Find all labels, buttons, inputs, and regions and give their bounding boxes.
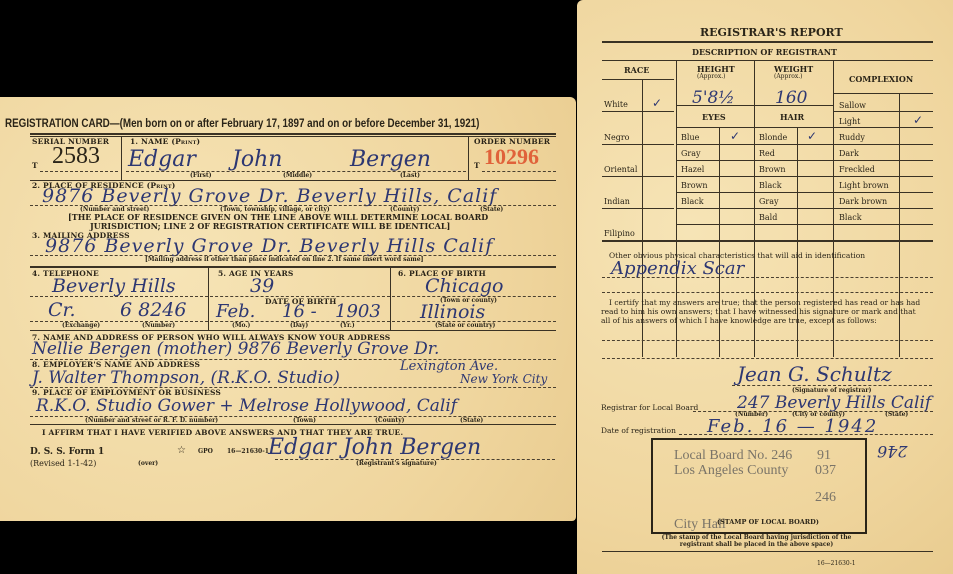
telephone-caption: (Exchange) <box>62 322 100 329</box>
hair-option: Black <box>759 181 782 190</box>
serial-line <box>40 171 118 172</box>
star-icon: ☆ <box>177 445 186 456</box>
mailing-caption: [Mailing address if other than place ind… <box>145 256 423 263</box>
certify-text: all of his answers of which I have knowl… <box>601 316 877 325</box>
complexion-option: Ruddy <box>839 133 865 142</box>
dob-caption: (Yr.) <box>340 322 355 329</box>
certify-line <box>602 340 933 341</box>
birthplace-state-caption: (State or country) <box>435 322 495 329</box>
report-title: REGISTRAR'S REPORT <box>700 26 843 39</box>
name-label: 1. NAME (Print) <box>130 137 200 146</box>
local-board-caption: (State) <box>885 411 908 418</box>
eyes-option: Blue <box>681 133 699 142</box>
certify-line <box>602 358 933 359</box>
registrar-signature-line <box>732 385 932 386</box>
other-characteristics-value: Appendix Scar <box>611 258 744 279</box>
name-first-caption: (First) <box>190 172 212 179</box>
divider <box>833 144 933 145</box>
employment-value: R.K.O. Studio Gower + Melrose Hollywood,… <box>36 396 457 416</box>
complexion-option: Black <box>839 213 862 222</box>
hair-check-mark: ✓ <box>807 129 817 143</box>
print-code: 16—21630-1 <box>227 448 269 455</box>
age-value: 39 <box>250 275 274 297</box>
employment-caption: (County) <box>375 417 404 424</box>
other-line <box>602 277 933 278</box>
mailing-address-value: 9876 Beverly Grove Dr. Beverly Hills Cal… <box>45 235 493 257</box>
hair-option: Brown <box>759 165 786 174</box>
complexion-check-mark: ✓ <box>913 113 923 127</box>
signature-caption: (Registrant's signature) <box>356 460 437 467</box>
complexion-option: Dark <box>839 149 859 158</box>
eyes-option: Black <box>681 197 704 206</box>
hair-option: Red <box>759 149 775 158</box>
divider <box>121 136 122 180</box>
divider <box>676 224 833 225</box>
divider <box>833 208 933 209</box>
birthplace-state: Illinois <box>420 301 485 323</box>
employment-caption: (Number and street or R. F. D. number) <box>85 417 218 424</box>
telephone-exchange: Cr. <box>48 299 76 321</box>
height-subheader: (Approx.) <box>697 73 725 80</box>
complexion-option: Light <box>839 117 860 126</box>
complexion-option: Dark brown <box>839 197 887 206</box>
telephone-line1: Beverly Hills <box>52 275 176 297</box>
divider <box>676 144 833 145</box>
description-subtitle: DESCRIPTION OF REGISTRANT <box>692 47 837 57</box>
divider <box>602 208 674 209</box>
stamp-line1-number: 91 <box>817 448 831 464</box>
race-check-mark: ✓ <box>652 96 662 110</box>
form-revised: (Revised 1-1-42) <box>30 459 96 468</box>
registration-date-label: Date of registration <box>601 426 676 435</box>
telephone-line <box>30 321 208 322</box>
race-option: Filipino <box>604 229 635 238</box>
divider <box>676 105 833 106</box>
eyes-option: Hazel <box>681 165 704 174</box>
divider <box>30 330 556 331</box>
form-name: D. S. S. Form 1 <box>30 447 104 457</box>
race-option: White <box>604 100 628 109</box>
eyes-check-mark: ✓ <box>730 129 740 143</box>
divider <box>602 60 933 61</box>
divider <box>833 127 933 128</box>
divider <box>676 176 833 177</box>
hair-option: Gray <box>759 197 779 206</box>
eyes-option: Gray <box>681 149 701 158</box>
divider <box>30 266 556 268</box>
divider <box>468 136 469 180</box>
divider <box>602 551 933 552</box>
telephone-line <box>30 296 208 297</box>
registrar-signature: Jean G. Schultz <box>737 362 892 386</box>
local-board-value: 247 Beverly Hills Calif <box>737 393 931 413</box>
contact-value: Nellie Bergen (mother) 9876 Beverly Grov… <box>32 339 439 359</box>
dob-caption: (Day) <box>290 322 308 329</box>
divider <box>833 176 933 177</box>
hair-header: HAIR <box>780 112 804 122</box>
complexion-option: Freckled <box>839 165 875 174</box>
order-number: 10296 <box>484 144 539 170</box>
name-first: Edgar <box>128 147 196 172</box>
residence-value: 9876 Beverly Grove Dr. Beverly Hills, Ca… <box>42 185 497 207</box>
registration-card-front: REGISTRATION CARD—(Men born on or after … <box>0 97 576 521</box>
race-option: Oriental <box>604 165 637 174</box>
divider <box>602 79 674 80</box>
divider <box>899 93 900 357</box>
birthplace-town: Chicago <box>425 275 503 297</box>
employer-address-2: New York City <box>460 372 547 386</box>
stamp-line1: Local Board No. 246 <box>674 448 792 464</box>
dob-year: 1903 <box>335 301 381 322</box>
certify-text: I certify that my answers are true; that… <box>609 298 920 307</box>
order-prefix: T <box>474 161 480 170</box>
divider <box>602 240 933 242</box>
other-line <box>602 292 933 293</box>
order-line <box>482 171 556 172</box>
name-last: Bergen <box>350 147 431 172</box>
serial-prefix: T <box>32 161 38 170</box>
stamp-line2-number: 037 <box>815 463 836 479</box>
divider <box>833 111 933 112</box>
divider <box>208 266 209 330</box>
stamp-note: (The stamp of the Local Board having jur… <box>649 534 864 548</box>
complexion-option: Light brown <box>839 181 889 190</box>
divider <box>602 111 674 112</box>
registrant-signature: Edgar John Bergen <box>268 435 481 460</box>
dob-day: 16 - <box>282 301 317 322</box>
hair-option: Blonde <box>759 133 787 142</box>
eyes-option: Brown <box>681 181 708 190</box>
divider <box>390 266 391 330</box>
dob-caption: (Mo.) <box>232 322 250 329</box>
side-mark: 246 <box>877 442 908 461</box>
divider <box>833 192 933 193</box>
divider <box>833 224 933 225</box>
complexion-option: Sallow <box>839 101 866 110</box>
divider <box>833 160 933 161</box>
divider <box>30 133 556 135</box>
serial-number: 2583 <box>52 143 100 170</box>
stamp-line3-number: 246 <box>815 490 836 506</box>
telephone-caption: (Number) <box>142 322 175 329</box>
employment-caption: (Town) <box>293 417 316 424</box>
employment-caption: (State) <box>460 417 483 424</box>
card-title: REGISTRATION CARD—(Men born on or after … <box>5 116 479 130</box>
weight-subheader: (Approx.) <box>774 73 802 80</box>
race-option: Indian <box>604 197 630 206</box>
name-middle-caption: (Middle) <box>283 172 312 179</box>
stamp-caption: (STAMP OF LOCAL BOARD) <box>717 518 819 526</box>
gpo-text: GPO <box>198 448 213 455</box>
divider <box>676 127 833 128</box>
divider <box>833 93 933 94</box>
dob-month: Feb. <box>216 301 255 322</box>
residence-note: JURISDICTION; LINE 2 OF REGISTRATION CER… <box>90 221 450 231</box>
registrars-report-back: REGISTRAR'S REPORT DESCRIPTION OF REGIST… <box>577 0 953 574</box>
complexion-header: COMPLEXION <box>849 74 913 84</box>
race-option: Negro <box>604 133 630 142</box>
race-header: RACE <box>624 65 649 75</box>
divider <box>602 41 933 43</box>
print-code: 16—21630-1 <box>817 560 856 567</box>
divider <box>676 208 833 209</box>
hair-option: Bald <box>759 213 777 222</box>
telephone-number: 6 8246 <box>120 299 186 321</box>
divider <box>602 176 674 177</box>
divider <box>30 424 556 425</box>
name-middle: John <box>232 147 282 172</box>
eyes-header: EYES <box>702 112 726 122</box>
divider <box>676 160 833 161</box>
certify-text: read to him his own answers; that I have… <box>601 307 916 316</box>
divider <box>602 144 674 145</box>
over-text: (over) <box>138 460 158 467</box>
divider <box>676 192 833 193</box>
stamp-line2: Los Angeles County <box>674 463 788 479</box>
local-board-label: Registrar for Local Board <box>601 403 698 412</box>
employer-value: J. Walter Thompson, (R.K.O. Studio) <box>32 368 340 388</box>
registration-date-line <box>679 434 933 435</box>
name-last-caption: (Last) <box>400 172 420 179</box>
